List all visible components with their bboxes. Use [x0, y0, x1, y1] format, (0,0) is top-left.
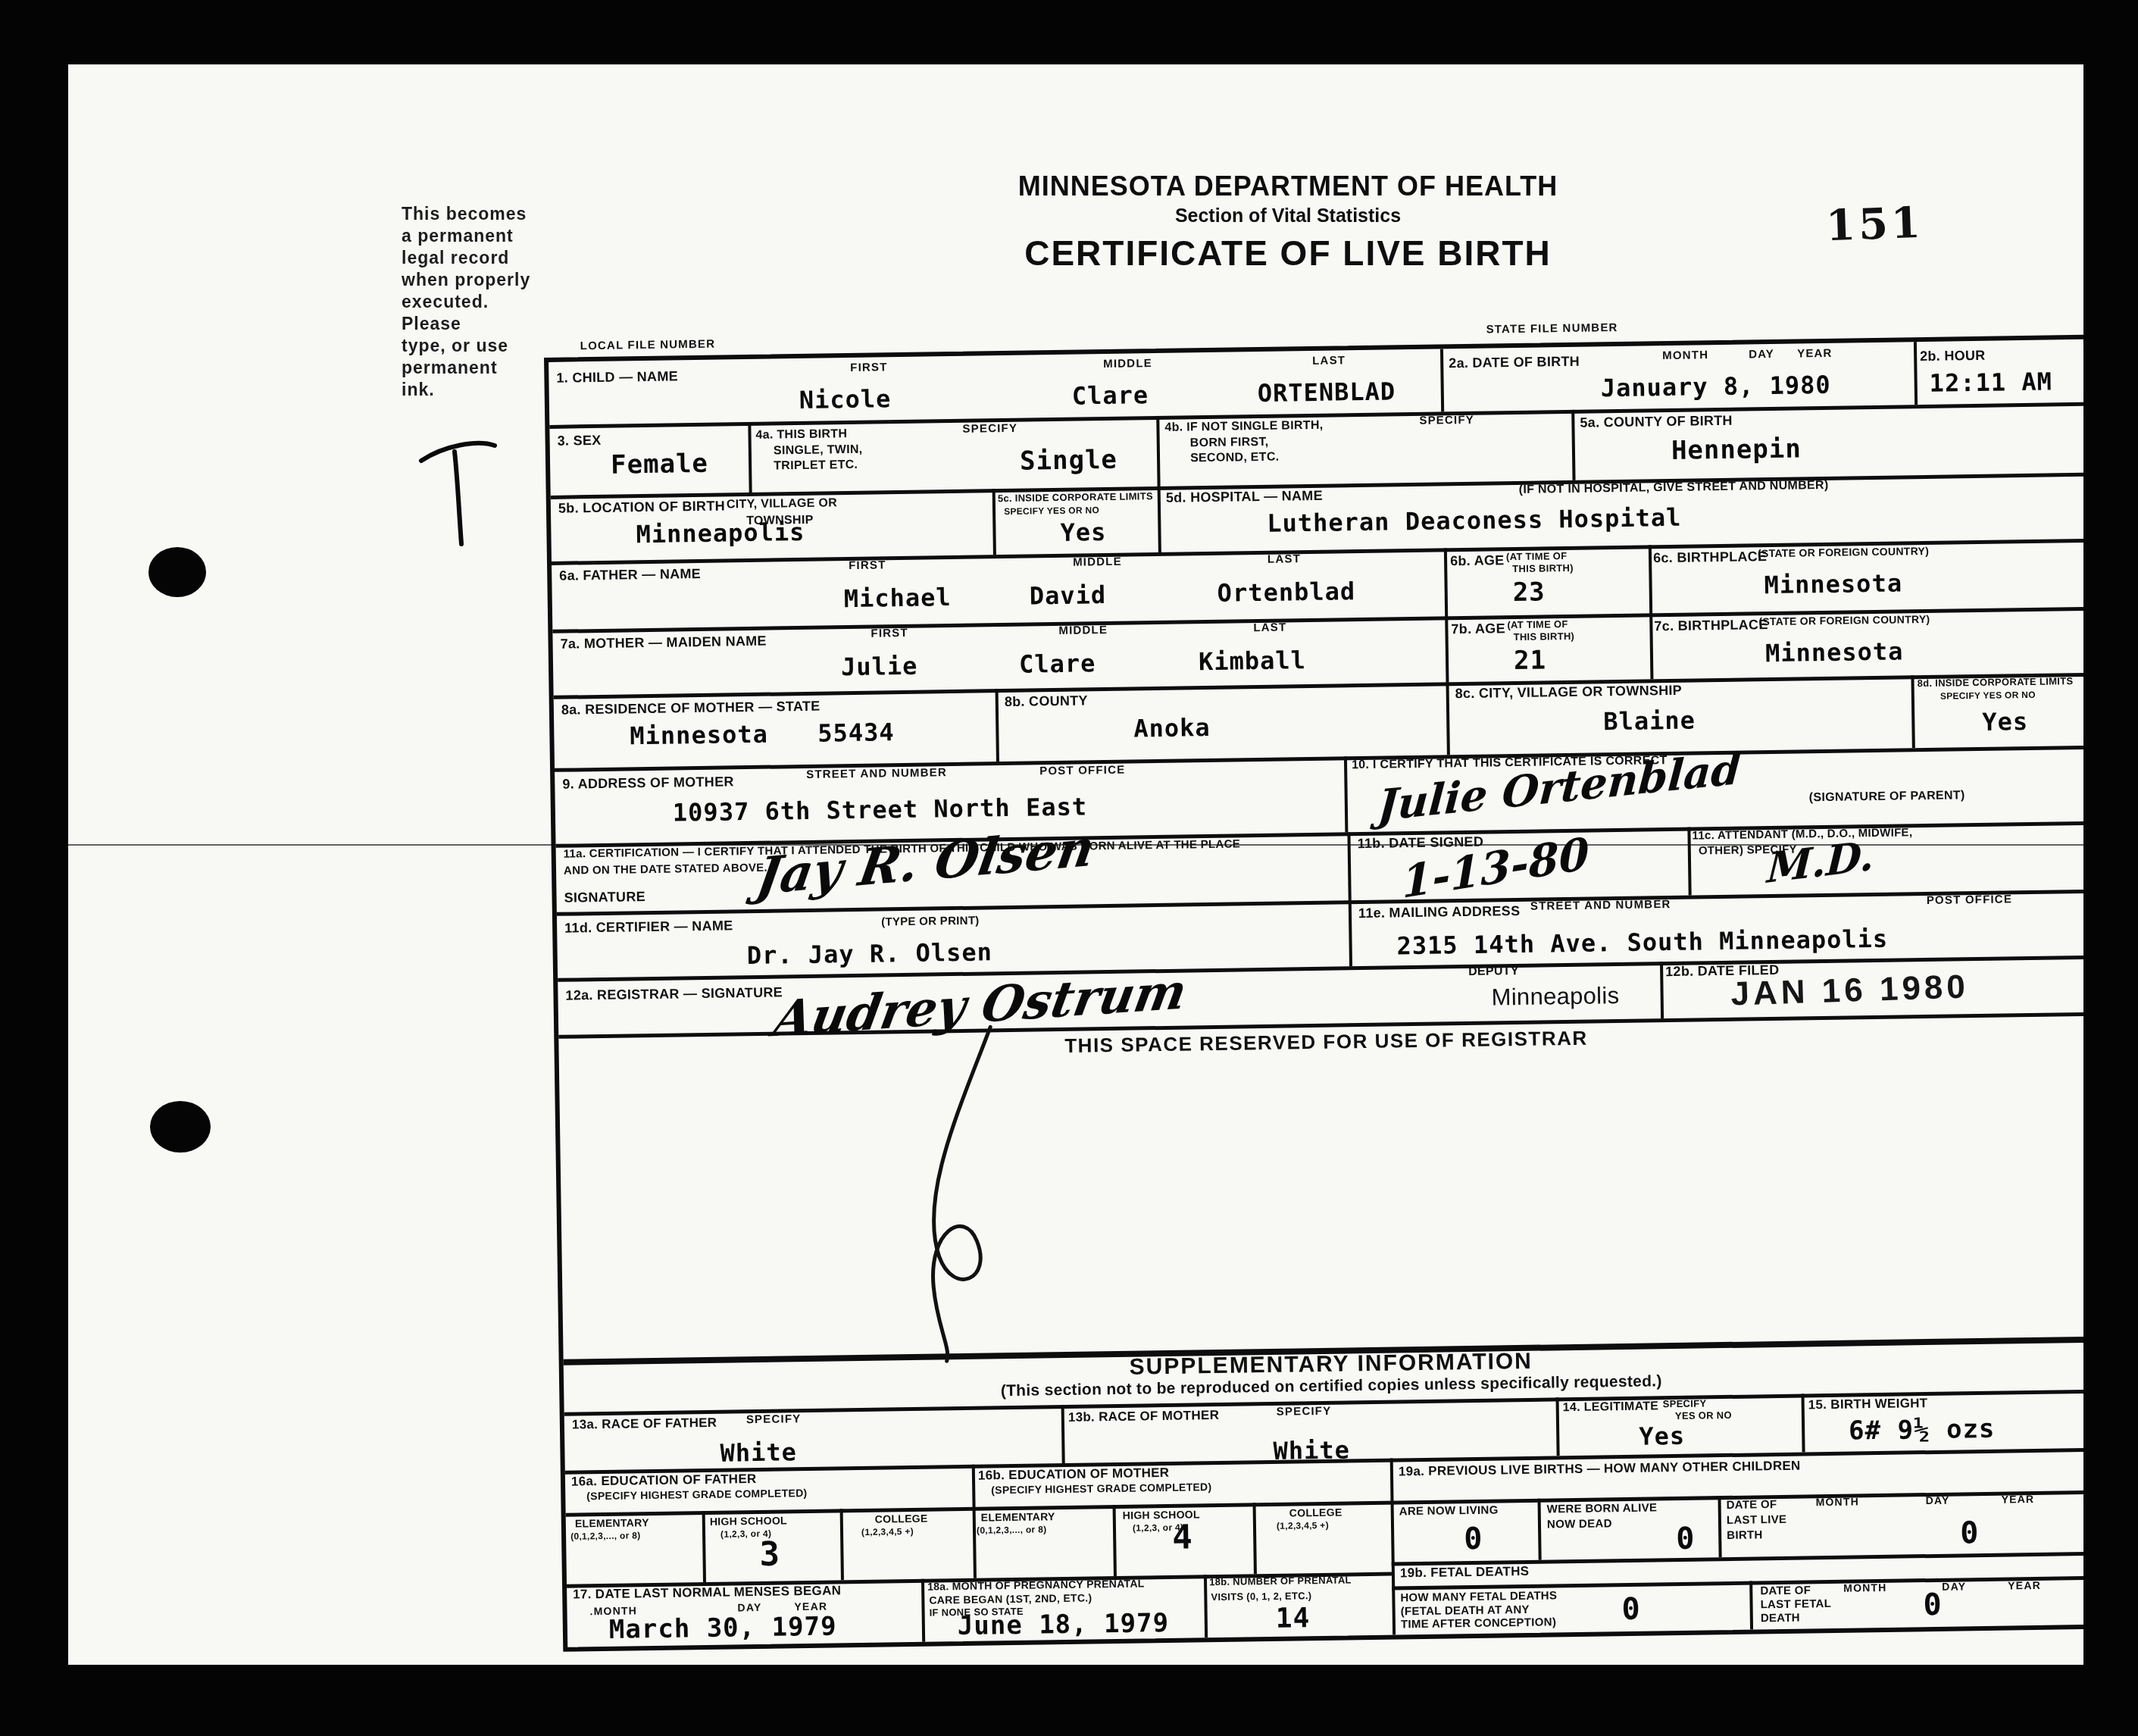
field-certification-label2: AND ON THE DATE STATED ABOVE. [564, 862, 767, 877]
value-inside-limits-5c: Yes [1060, 518, 1106, 547]
value-date-last-fetal: 0 [1923, 1587, 1943, 1622]
value-child-first: Nicole [799, 384, 892, 414]
date-last-birth-label2: LAST LIVE [1727, 1514, 1787, 1527]
handwritten-t-mark [417, 432, 500, 553]
education-mother-note: (SPECIFY HIGHEST GRADE COMPLETED) [991, 1481, 1211, 1496]
field-previous-births-label: 19a. PREVIOUS LIVE BIRTHS — HOW MANY OTH… [1399, 1459, 1801, 1479]
value-this-birth: Single [1020, 445, 1117, 477]
college-label: COLLEGE [875, 1513, 928, 1525]
value-certifier-name: Dr. Jay R. Olsen [746, 937, 992, 970]
field-inside-limits-label: 5c. INSIDE CORPORATE LIMITS [998, 491, 1153, 504]
field-residence-city-label: 8c. CITY, VILLAGE OR TOWNSHIP [1455, 683, 1683, 701]
day-label: DAY [1925, 1495, 1949, 1506]
header-section: Section of Vital Statistics [902, 205, 1674, 227]
born-alive-label2: NOW DEAD [1547, 1518, 1612, 1531]
value-deputy-city: Minneapolis [1491, 984, 1619, 1010]
value-education-mother: 4 [1172, 1518, 1193, 1556]
year-label: YEAR [794, 1601, 827, 1612]
field-education-father-label: 16a. EDUCATION OF FATHER [571, 1472, 757, 1488]
field-inside-limits-sublabel: SPECIFY YES OR NO [1004, 505, 1099, 516]
mother-age-paren2: THIS BIRTH) [1514, 631, 1575, 643]
header-agency: MINNESOTA DEPARTMENT OF HEALTH [902, 170, 1674, 202]
now-living-label: ARE NOW LIVING [1399, 1504, 1499, 1518]
column-label-middle: MIDDLE [1103, 358, 1152, 371]
field-mother-address-label: 9. ADDRESS OF MOTHER [562, 774, 734, 791]
value-child-middle: Clare [1072, 380, 1149, 410]
date-last-birth-label3: BIRTH [1727, 1529, 1763, 1541]
post-office-label: POST OFFICE [1039, 765, 1125, 777]
value-prenatal-began: June 18, 1979 [958, 1608, 1170, 1641]
value-father-age: 23 [1512, 577, 1546, 608]
month-label: MONTH [1843, 1582, 1887, 1594]
value-mother-age: 21 [1514, 645, 1547, 676]
field-birth-weight-label: 15. BIRTH WEIGHT [1808, 1397, 1928, 1412]
field-sex-label: 3. SEX [557, 433, 601, 449]
field-hospital-label: 5d. HOSPITAL — NAME [1166, 489, 1323, 505]
field-dob-label: 2a. DATE OF BIRTH [1449, 355, 1580, 371]
specify-label: SPECIFY [1419, 414, 1474, 427]
value-residence-city: Blaine [1603, 706, 1696, 737]
field-inside-limits-8d-sublabel: SPECIFY YES OR NO [1940, 690, 2036, 701]
field-location-label: 5b. LOCATION OF BIRTH [558, 499, 725, 515]
value-education-father: 3 [759, 1535, 780, 1574]
margin-note-line: when properly [402, 269, 530, 291]
hospital-note: (IF NOT IN HOSPITAL, GIVE STREET AND NUM… [1519, 480, 1829, 497]
value-hospital: Lutheran Deaconess Hospital [1267, 503, 1682, 538]
value-father-last: Ortenblad [1217, 577, 1355, 608]
certificate-form: LOCAL FILE NUMBER STATE FILE NUMBER [544, 335, 2083, 1652]
margin-note-line: type, or use [402, 335, 530, 357]
value-residence-zip: 55434 [817, 718, 895, 747]
value-birth-weight: 6# 9½ ozs [1849, 1414, 1996, 1447]
field-residence-county-label: 8b. COUNTY [1005, 693, 1088, 709]
value-race-mother: White [1273, 1435, 1350, 1465]
column-label-last: LAST [1253, 621, 1286, 633]
attendant-signature: Jay R. Olsen [752, 818, 1099, 906]
value-hour: 12:11 AM [1929, 367, 2052, 397]
value-date-last-birth: 0 [1960, 1515, 1980, 1550]
field-mother-name-label: 7a. MOTHER — MAIDEN NAME [560, 634, 766, 652]
value-residence-county: Anoka [1133, 713, 1211, 743]
column-label-middle: MIDDLE [1073, 556, 1122, 569]
certificate-page: This becomes a permanent legal record wh… [68, 64, 2083, 1665]
column-label-first: FIRST [850, 361, 888, 374]
date-last-fetal-label2: LAST FETAL [1760, 1598, 1831, 1611]
field-not-single-label3: SECOND, ETC. [1190, 452, 1280, 466]
value-race-father: White [720, 1437, 797, 1467]
value-mother-address: 10937 6th Street North East [673, 792, 1088, 827]
yes-or-no-label: YES OR NO [1675, 1410, 1732, 1422]
column-label-first: FIRST [849, 559, 886, 571]
value-born-dead: 0 [1676, 1522, 1696, 1556]
value-mother-first: Julie [841, 652, 918, 681]
value-mother-birthplace: Minnesota [1765, 637, 1904, 668]
hole-punch [148, 547, 206, 597]
margin-note-line: This becomes [402, 203, 530, 225]
high-school-label: HIGH SCHOOL [710, 1515, 787, 1527]
mother-birthplace-paren: (STATE OR FOREIGN COUNTRY) [1758, 614, 1930, 627]
college-label: COLLEGE [1289, 1507, 1343, 1519]
month-label: MONTH [1815, 1496, 1859, 1508]
education-father-note: (SPECIFY HIGHEST GRADE COMPLETED) [586, 1487, 807, 1502]
field-this-birth-label2: SINGLE, TWIN, [774, 444, 863, 458]
value-mother-middle: Clare [1019, 649, 1096, 678]
local-file-number-label: LOCAL FILE NUMBER [580, 339, 716, 352]
elementary-paren: (0,1,2,3,..., or 8) [977, 1525, 1047, 1535]
value-mother-last: Kimball [1199, 646, 1306, 676]
field-location-sublabel: CITY, VILLAGE OR [727, 497, 837, 511]
field-father-name-label: 6a. FATHER — NAME [559, 567, 701, 583]
field-father-birthplace-label: 6c. BIRTHPLACE [1653, 549, 1767, 565]
date-last-birth-label: DATE OF [1727, 1499, 1777, 1512]
value-fetal-deaths: 0 [1621, 1592, 1641, 1627]
field-prenatal-began-label: 18a. MONTH OF PREGNANCY PRENATAL [927, 1578, 1145, 1592]
value-county-of-birth: Hennepin [1671, 433, 1802, 466]
field-legitimate-label: 14. LEGITIMATE [1563, 1400, 1659, 1415]
elementary-label: ELEMENTARY [981, 1511, 1055, 1523]
field-certifier-label: 11d. CERTIFIER — NAME [564, 918, 733, 935]
father-birthplace-paren: (STATE OR FOREIGN COUNTRY) [1758, 546, 1929, 559]
father-age-paren2: THIS BIRTH) [1512, 563, 1574, 574]
margin-note-line: Please [402, 313, 530, 335]
field-prenatal-visits-label: 18b. NUMBER OF PRENATAL [1209, 1575, 1352, 1587]
value-inside-limits-8d: Yes [1982, 707, 2028, 737]
field-mother-birthplace-label: 7c. BIRTHPLACE [1654, 618, 1768, 633]
field-child-name-label: 1. CHILD — NAME [556, 369, 678, 385]
field-fetal-deaths-label: 19b. FETAL DEATHS [1400, 1565, 1530, 1580]
date-last-fetal-label3: DEATH [1761, 1612, 1800, 1625]
specify-label: SPECIFY [1663, 1398, 1707, 1409]
year-label: YEAR [2001, 1494, 2034, 1505]
margin-note-line: executed. [402, 291, 530, 313]
how-many-fetal-label3: TIME AFTER CONCEPTION) [1401, 1616, 1556, 1631]
field-father-age-label: 6b. AGE [1450, 553, 1505, 568]
field-not-single-label2: BORN FIRST, [1190, 436, 1269, 450]
college-paren: (1,2,3,4,5 +) [1277, 1521, 1329, 1531]
column-label-month: MONTH [1662, 349, 1708, 362]
value-father-middle: David [1029, 580, 1106, 610]
father-age-paren: (AT TIME OF [1506, 551, 1568, 562]
margin-note-line: a permanent [402, 225, 530, 247]
value-legitimate: Yes [1639, 1422, 1685, 1451]
margin-note-line: legal record [402, 247, 530, 269]
field-county-of-birth-label: 5a. COUNTY OF BIRTH [1580, 414, 1733, 430]
specify-label: SPECIFY [746, 1413, 802, 1426]
day-label: DAY [737, 1602, 761, 1613]
field-this-birth-label3: TRIPLET ETC. [774, 459, 858, 473]
signature-of-parent-label: (SIGNATURE OF PARENT) [1809, 790, 1965, 805]
column-label-last: LAST [1267, 553, 1301, 565]
registrar-signature-tail [877, 1012, 1049, 1371]
field-prenatal-visits-label2: VISITS (0, 1, 2, ETC.) [1211, 1591, 1311, 1603]
value-location: Minneapolis [636, 518, 805, 549]
post-office-label: POST OFFICE [1927, 893, 2012, 906]
year-label: YEAR [2008, 1580, 2041, 1591]
field-education-mother-label: 16b. EDUCATION OF MOTHER [978, 1466, 1170, 1483]
value-residence-state: Minnesota [630, 720, 768, 751]
deputy-label: DEPUTY [1468, 965, 1519, 979]
margin-note-line: ink. [402, 379, 530, 401]
field-prenatal-began-label2: CARE BEGAN (1ST, 2ND, ETC.) [929, 1592, 1092, 1606]
column-label-middle: MIDDLE [1058, 624, 1108, 637]
field-mother-age-label: 7b. AGE [1451, 621, 1505, 637]
column-label-first: FIRST [871, 627, 908, 640]
column-label-day: DAY [1749, 349, 1774, 361]
how-many-fetal-label: HOW MANY FETAL DEATHS [1400, 1590, 1557, 1604]
elementary-paren: (0,1,2,3,..., or 8) [570, 1531, 641, 1541]
margin-note-line: permanent [402, 357, 530, 379]
scanned-document: This becomes a permanent legal record wh… [0, 0, 2138, 1736]
column-label-last: LAST [1312, 355, 1346, 367]
field-registrar-label: 12a. REGISTRAR — SIGNATURE [565, 985, 783, 1003]
field-this-birth-label: 4a. THIS BIRTH [755, 428, 847, 443]
field-not-single-label: 4b. IF NOT SINGLE BIRTH, [1164, 420, 1323, 435]
type-or-print-label: (TYPE OR PRINT) [881, 915, 980, 929]
street-and-number-label: STREET AND NUMBER [1530, 899, 1671, 913]
value-date-of-birth: January 8, 1980 [1600, 371, 1831, 403]
value-prenatal-visits: 14 [1275, 1603, 1310, 1634]
field-menses-label: 17. DATE LAST NORMAL MENSES BEGAN [573, 1584, 841, 1601]
field-residence-label: 8a. RESIDENCE OF MOTHER — STATE [561, 699, 821, 718]
specify-label: SPECIFY [962, 423, 1017, 436]
field-race-mother-label: 13b. RACE OF MOTHER [1068, 1409, 1220, 1425]
value-menses-began: March 30, 1979 [609, 1611, 837, 1644]
specify-label: SPECIFY [1277, 1406, 1332, 1419]
day-label: DAY [1942, 1581, 1966, 1592]
mother-age-paren: (AT TIME OF [1507, 619, 1568, 630]
field-race-father-label: 13a. RACE OF FATHER [572, 1416, 717, 1432]
value-father-first: Michael [843, 583, 951, 613]
column-label-year: YEAR [1797, 348, 1833, 360]
elementary-label: ELEMENTARY [575, 1517, 649, 1529]
certificate-number-stamp: 151 [1825, 198, 1924, 251]
value-father-birthplace: Minnesota [1764, 568, 1902, 599]
born-alive-label: WERE BORN ALIVE [1547, 1502, 1658, 1515]
college-paren: (1,2,3,4,5 +) [861, 1527, 914, 1537]
field-mailing-address-label: 11e. MAILING ADDRESS [1358, 904, 1521, 921]
margin-note: This becomes a permanent legal record wh… [402, 203, 530, 401]
value-sex: Female [611, 449, 708, 480]
date-filed-stamp: JAN 16 1980 [1730, 968, 1970, 1013]
value-mailing-address: 2315 14th Ave. South Minneapolis [1396, 924, 1888, 961]
street-and-number-label: STREET AND NUMBER [806, 767, 947, 781]
header-title: CERTIFICATE OF LIVE BIRTH [902, 233, 1674, 274]
state-file-number-label: STATE FILE NUMBER [1486, 322, 1618, 336]
value-child-last: ORTENBLAD [1258, 377, 1396, 408]
field-inside-limits-8d-label: 8d. INSIDE CORPORATE LIMITS [1917, 676, 2073, 689]
signature-label: SIGNATURE [564, 890, 645, 905]
value-now-living: 0 [1464, 1522, 1483, 1556]
hole-punch [150, 1101, 211, 1153]
date-last-fetal-label: DATE OF [1760, 1584, 1811, 1597]
field-hour-label: 2b. HOUR [1920, 349, 1986, 364]
